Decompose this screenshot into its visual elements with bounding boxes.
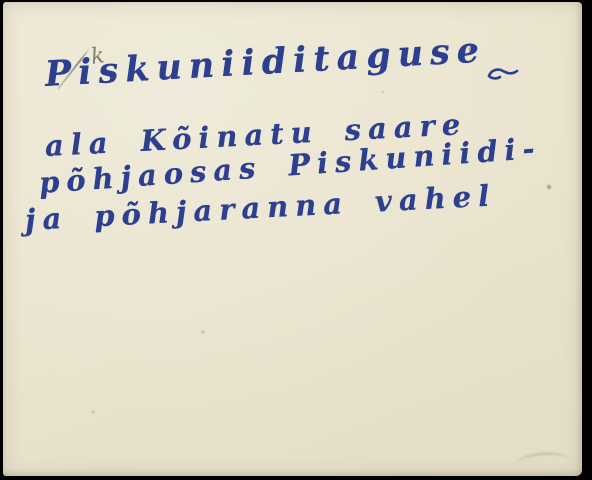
note-card: Piskuniiditaguse k ala Kõinatu saare põh… — [3, 2, 582, 476]
stray-ink-mark — [486, 62, 520, 86]
title-text: Piskuniiditaguse — [44, 29, 487, 95]
title-line: Piskuniiditaguse — [44, 29, 487, 95]
pencil-smudge — [517, 451, 570, 471]
pencil-correction-letter: k — [89, 43, 106, 70]
